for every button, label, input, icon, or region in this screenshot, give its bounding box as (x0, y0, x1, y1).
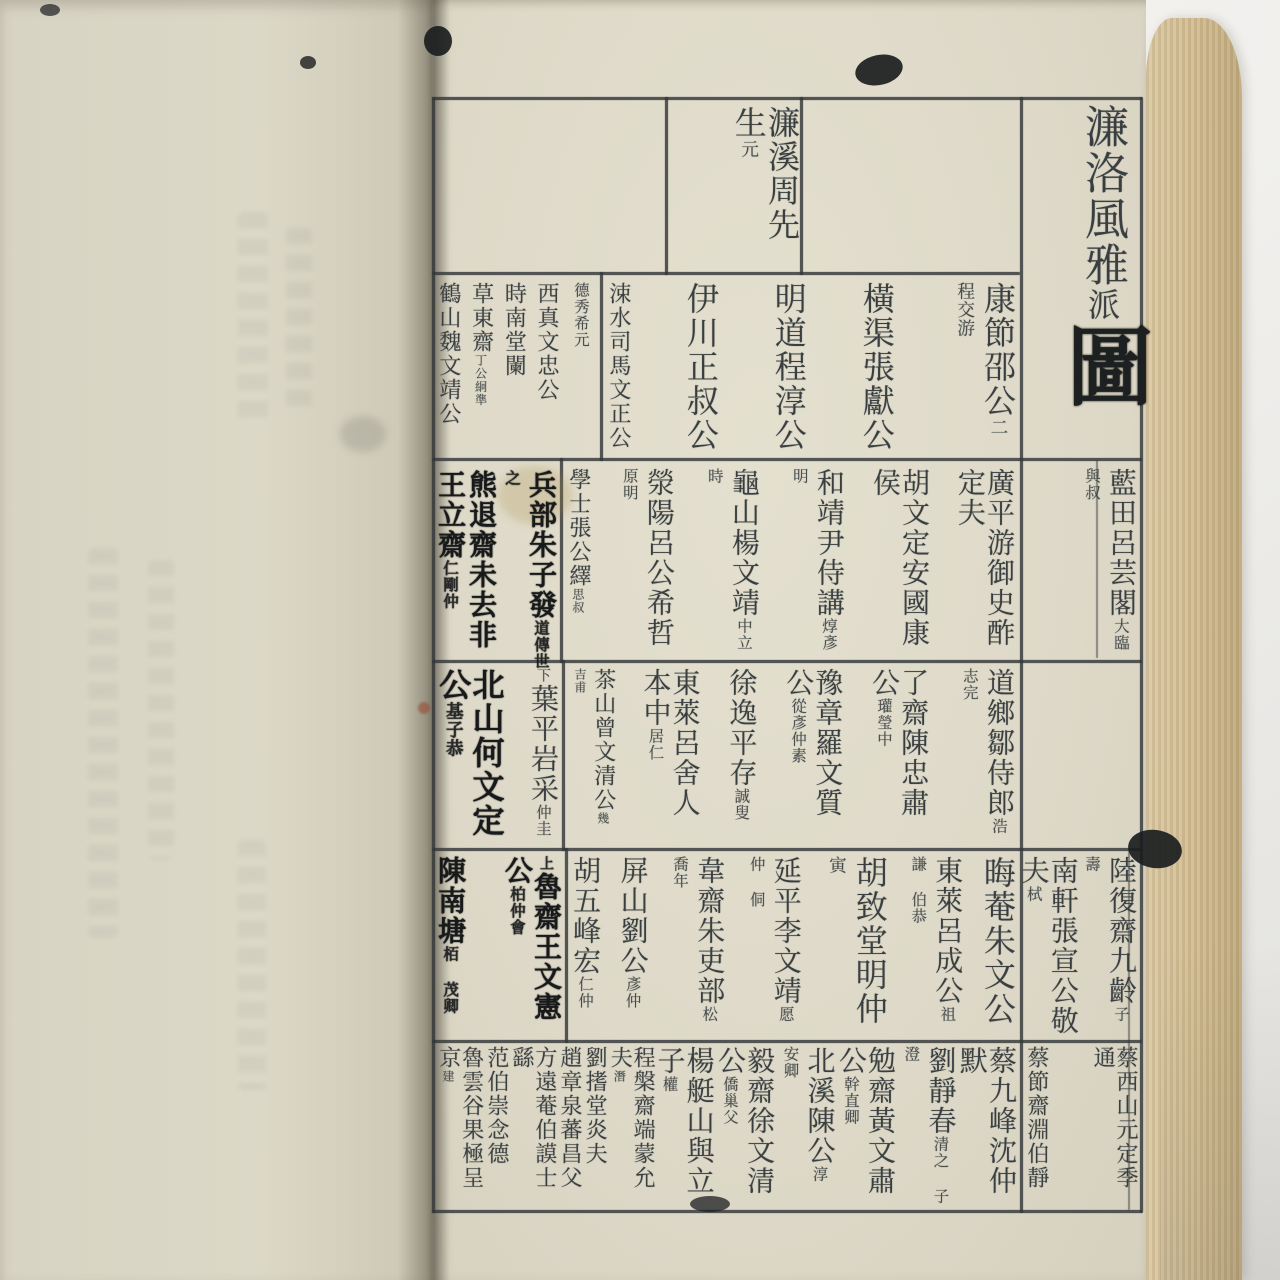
entry-main: 草東齋 (469, 282, 494, 354)
lineage-row: 道鄉鄒侍郎浩志完了齋陳忠肅公瓘瑩中豫章羅文質公從彥仲素徐逸平存誠叟東萊呂舍人本中… (568, 668, 1014, 844)
entry-main: 伊川正叔公 (682, 282, 720, 452)
entry-main: 范伯崇念德 (484, 1046, 509, 1166)
lineage-entry: 伊川正叔公 (684, 282, 717, 454)
entry-main: 明道程淳公 (770, 282, 808, 452)
lineage-row: 下葉平岩采仲圭北山何文定公基子恭 (436, 668, 558, 846)
entry-annotation: 基子恭 (443, 702, 463, 758)
title-column: 濂洛風雅派圖 (1026, 104, 1142, 434)
entry-main: 道鄉鄒侍郎 (983, 668, 1016, 818)
lineage-entry: 劉搘堂炎夫 (582, 1046, 605, 1206)
lineage-entry: 濂溪周先生元 (731, 106, 798, 271)
lineage-row: 蔡西山元定季通蔡節齋淵伯靜 (1024, 1046, 1136, 1206)
entry-marker: 下 (535, 668, 551, 684)
lineage-entry: 方遠菴伯謨士繇 (509, 1046, 555, 1206)
entry-annotation: 栢 茂卿 (441, 946, 459, 1014)
lineage-entry: 楊艇山與立子權 (655, 1046, 713, 1206)
grid-line (432, 97, 1142, 100)
entry-main: 胡五峰宏 (569, 856, 602, 976)
header-cell: 濂溪周先生元 (668, 106, 798, 271)
entry-annotation: 丁公絅準 (474, 354, 488, 406)
entry-annotation: 彥仲 (624, 976, 642, 1009)
entry-main: 劉搘堂炎夫 (582, 1046, 607, 1166)
grid-line (432, 1210, 1142, 1213)
table-surface-shadow (1160, 940, 1280, 1280)
entry-annotation: 栻 (1025, 886, 1043, 902)
ghost-text-column (238, 840, 266, 1090)
entry-annotation: 僑巢父 (721, 1076, 739, 1125)
entry-annotation: 建 (441, 1070, 455, 1083)
lineage-entry: 胡文定安國康侯 (871, 468, 929, 654)
entry-main: 陳南塘 (434, 856, 467, 946)
lineage-entry: 和靖尹侍講焞彥明 (786, 468, 844, 654)
entry-annotation: 居仁 (647, 728, 665, 761)
entry-main: 陸復齋九齡 (1105, 856, 1138, 1006)
entry-main: 學士張公繹 (566, 468, 591, 588)
lineage-entry: 胡致堂明仲寅 (819, 856, 886, 1036)
lineage-entry: 胡五峰宏仁仲 (571, 856, 600, 1036)
lineage-entry: 涑水司馬文正公 (606, 282, 629, 454)
lineage-entry: 北山何文定公基子恭 (436, 668, 503, 846)
entry-annotation: 原明 (621, 468, 639, 501)
entry-main: 涑水司馬文正公 (606, 282, 631, 450)
entry-annotation: 德秀希元 (572, 282, 590, 348)
entry-main: 魯雲谷果極呈京 (436, 1046, 484, 1190)
lineage-entry: 兵部朱子發道傳世之 (498, 470, 556, 670)
entry-main: 徐逸平存 (725, 668, 758, 788)
entry-annotation: 從彥仲素 (789, 698, 807, 764)
entry-main: 屏山劉公 (617, 856, 650, 976)
lineage-row: 康節邵公二程交游橫渠張獻公明道程淳公伊川正叔公涑水司馬文正公 (606, 282, 1014, 454)
lineage-entry: 道鄉鄒侍郎浩志完 (956, 668, 1014, 844)
entry-main: 熊退齋未去非 (465, 470, 498, 650)
grid-line (432, 272, 1020, 275)
title-diagram-char: 圖 (1052, 322, 1152, 410)
lineage-row: 藍田呂芸閣大臨與叔 (1024, 468, 1136, 654)
photo-background: 濂洛風雅派圖 濂溪周先生元 康節邵公二程交游橫渠張獻公明道程淳公伊川正叔公涑水司… (0, 0, 1280, 1280)
entry-main: 趙章泉蕃昌父 (557, 1046, 582, 1190)
entry-main: 龜山楊文靖 (728, 468, 761, 618)
entry-annotation: 寅 (826, 856, 846, 875)
lineage-entry: 魯雲谷果極呈京建 (436, 1046, 482, 1206)
lineage-entry: 南軒張宣公敬夫栻 (1020, 856, 1078, 1036)
lineage-entry: 時南堂闌 (501, 282, 524, 472)
lineage-entry: 龜山楊文靖中立 時 (701, 468, 759, 654)
entry-annotation: 潛 (612, 1070, 626, 1083)
lineage-entry: 趙章泉蕃昌父 (557, 1046, 580, 1206)
lineage-entry: 鶴山魏文靖公 (436, 282, 459, 472)
entry-annotation: 仁剛仲 (441, 560, 459, 609)
entry-main: 時南堂闌 (501, 282, 526, 378)
lineage-row: 兵部朱子發道傳世之熊退齋未去非王立齋仁剛仲 (436, 470, 556, 670)
entry-marker: 上 (538, 856, 554, 872)
lineage-entry: 豫章羅文質公從彥仲素 (784, 668, 842, 844)
lineage-entry: 下葉平岩采仲圭 (529, 668, 558, 846)
entry-annotation: 柏仲會 (508, 886, 526, 935)
lineage-entry: 徐逸平存誠叟 (727, 668, 756, 844)
lineage-entry: 蔡九峰沈仲默 (958, 1046, 1016, 1206)
entry-main: 程槃齋端蒙允夫 (607, 1046, 655, 1190)
diagram-title: 濂洛風雅派圖 (1060, 104, 1142, 434)
ink-blot (424, 26, 452, 56)
lineage-row: 上魯齋王文憲公柏仲會陳南塘栢 茂卿 (436, 856, 561, 1036)
paper-stain (340, 416, 386, 452)
ghost-text-column (88, 548, 118, 938)
entry-main: 韋齋朱吏部 (693, 856, 726, 1006)
ghost-text-column (148, 560, 174, 860)
lineage-entry: 學士張公繹思叔 (566, 468, 589, 654)
lineage-entry: 上魯齋王文憲公柏仲會 (503, 856, 561, 1036)
lineage-entry: 范伯崇念德 (484, 1046, 507, 1206)
entry-main: 橫渠張獻公 (858, 282, 896, 452)
grid-line (1020, 97, 1023, 1213)
lineage-entry: 德秀希元 (567, 282, 596, 472)
lineage-entry: 西真文忠公 (534, 282, 557, 472)
entry-main: 王立齋 (434, 470, 467, 560)
entry-main: 廣平游御史酢定夫 (954, 468, 1016, 648)
lineage-entry: 韋齋朱吏部松 喬年 (666, 856, 724, 1036)
lineage-entry: 了齋陳忠肅公瓘瑩中 (870, 668, 928, 844)
grid-line (600, 272, 603, 461)
grid-line (565, 848, 568, 1043)
lineage-row: 廣平游御史酢定夫胡文定安國康侯和靖尹侍講焞彥明龜山楊文靖中立 時滎陽呂公希哲原明… (566, 468, 1014, 654)
entry-annotation: 元 (739, 140, 759, 159)
entry-main: 和靖尹侍講 (813, 468, 846, 618)
entry-annotation: 仲圭 (534, 804, 552, 837)
lineage-entry: 東萊呂成公祖謙 伯恭 (904, 856, 962, 1036)
lineage-row: 晦菴朱文公東萊呂成公祖謙 伯恭胡致堂明仲寅延平李文靖愿仲 侗韋齋朱吏部松 喬年屏… (571, 856, 1014, 1036)
lineage-entry: 明道程淳公 (772, 282, 805, 454)
lineage-entry: 勉齋黃文肅公幹直卿 (837, 1046, 895, 1206)
grid-line (562, 660, 565, 851)
lineage-entry: 草東齋丁公絅準 (469, 282, 492, 472)
entry-main: 蔡節齋淵伯靜 (1024, 1046, 1049, 1190)
lineage-entry: 藍田呂芸閣大臨與叔 (1078, 468, 1136, 654)
lineage-entry: 延平李文靖愿仲 侗 (743, 856, 801, 1036)
entry-main: 延平李文靖 (770, 856, 803, 1006)
lineage-entry: 北溪陳公淳 安卿 (776, 1046, 834, 1206)
entry-main: 北溪陳公 (804, 1046, 837, 1166)
entry-main: 兵部朱子發 (525, 470, 558, 620)
lineage-entry: 毅齋徐文清公僑巢父 (716, 1046, 774, 1206)
lineage-entry: 茶山曾文清公幾 吉甫 (568, 668, 614, 844)
entry-annotation: 權 (660, 1076, 678, 1092)
grid-line (432, 848, 1142, 851)
lineage-entry: 蔡西山元定季通 (1090, 1046, 1136, 1206)
lineage-entry: 蔡節齋淵伯靜 (1024, 1046, 1047, 1206)
entry-annotation: 幹直卿 (842, 1076, 860, 1125)
ghost-text-column (286, 228, 312, 413)
entry-main: 方遠菴伯謨士繇 (509, 1046, 557, 1190)
entry-main: 蔡九峰沈仲默 (956, 1046, 1018, 1196)
lineage-row: 陸復齋九齡子壽南軒張宣公敬夫栻 (1024, 856, 1136, 1036)
entry-main: 胡文定安國康侯 (869, 468, 931, 648)
entry-annotation: 誠叟 (732, 788, 750, 821)
lineage-row: 蔡九峰沈仲默劉靜春清之 子澄勉齋黃文肅公幹直卿北溪陳公淳 安卿毅齋徐文清公僑巢父… (436, 1046, 1016, 1206)
entry-main: 滎陽呂公希哲 (643, 468, 676, 648)
entry-main: 胡致堂明仲 (851, 856, 889, 1026)
lineage-entry: 劉靜春清之 子澄 (897, 1046, 955, 1206)
lineage-entry: 東萊呂舍人本中居仁 (641, 668, 699, 844)
lineage-entry: 橫渠張獻公 (859, 282, 892, 454)
lineage-entry: 滎陽呂公希哲原明 (616, 468, 674, 654)
entry-main: 晦菴朱文公 (979, 856, 1017, 1026)
ink-blot (40, 4, 60, 16)
entry-main: 楊艇山與立子 (653, 1046, 715, 1196)
entry-main: 鶴山魏文靖公 (436, 282, 461, 426)
entry-main: 東萊呂成公 (931, 856, 964, 1006)
grid-line (432, 97, 435, 1213)
lineage-entry: 屏山劉公彥仲 (618, 856, 647, 1036)
entry-main: 茶山曾文清公 (591, 668, 616, 812)
ink-blot (300, 56, 316, 69)
lineage-entry: 陸復齋九齡子壽 (1078, 856, 1136, 1036)
title-text: 濂洛風雅 (1077, 104, 1128, 288)
entry-annotation: 瓘瑩中 (875, 698, 893, 747)
entry-main: 康節邵公 (979, 282, 1017, 418)
entry-main: 南軒張宣公敬夫 (1018, 856, 1080, 1036)
lineage-entry: 陳南塘栢 茂卿 (436, 856, 465, 1036)
entry-main: 西真文忠公 (534, 282, 559, 402)
lineage-entry: 晦菴朱文公 (981, 856, 1014, 1036)
entry-main: 濂溪周先生 (730, 106, 801, 242)
entry-main: 葉平岩采 (527, 684, 560, 804)
entry-main: 劉靜春 (924, 1046, 957, 1136)
entry-main: 藍田呂芸閣 (1105, 468, 1138, 618)
entry-annotation: 仁仲 (576, 976, 594, 1009)
book-left-page (0, 0, 432, 1280)
entry-main: 蔡西山元定季通 (1090, 1046, 1138, 1190)
title-branch-char: 派 (1083, 288, 1121, 322)
lineage-entry: 熊退齋未去非 (467, 470, 496, 670)
grid-line (432, 1040, 1142, 1043)
lineage-entry: 程槃齋端蒙允夫潛 (607, 1046, 653, 1206)
lineage-entry: 王立齋仁剛仲 (436, 470, 465, 670)
ghost-text-column (238, 212, 268, 427)
lineage-entry: 廣平游御史酢定夫 (956, 468, 1014, 654)
lineage-entry: 康節邵公二程交游 (947, 282, 1014, 454)
entry-annotation: 思叔 (571, 588, 585, 614)
lineage-row: 德秀希元西真文忠公時南堂闌草東齋丁公絅準鶴山魏文靖公 (436, 282, 596, 472)
paper-stain (418, 702, 430, 714)
entry-main: 魯齋王文憲公 (501, 856, 563, 1022)
